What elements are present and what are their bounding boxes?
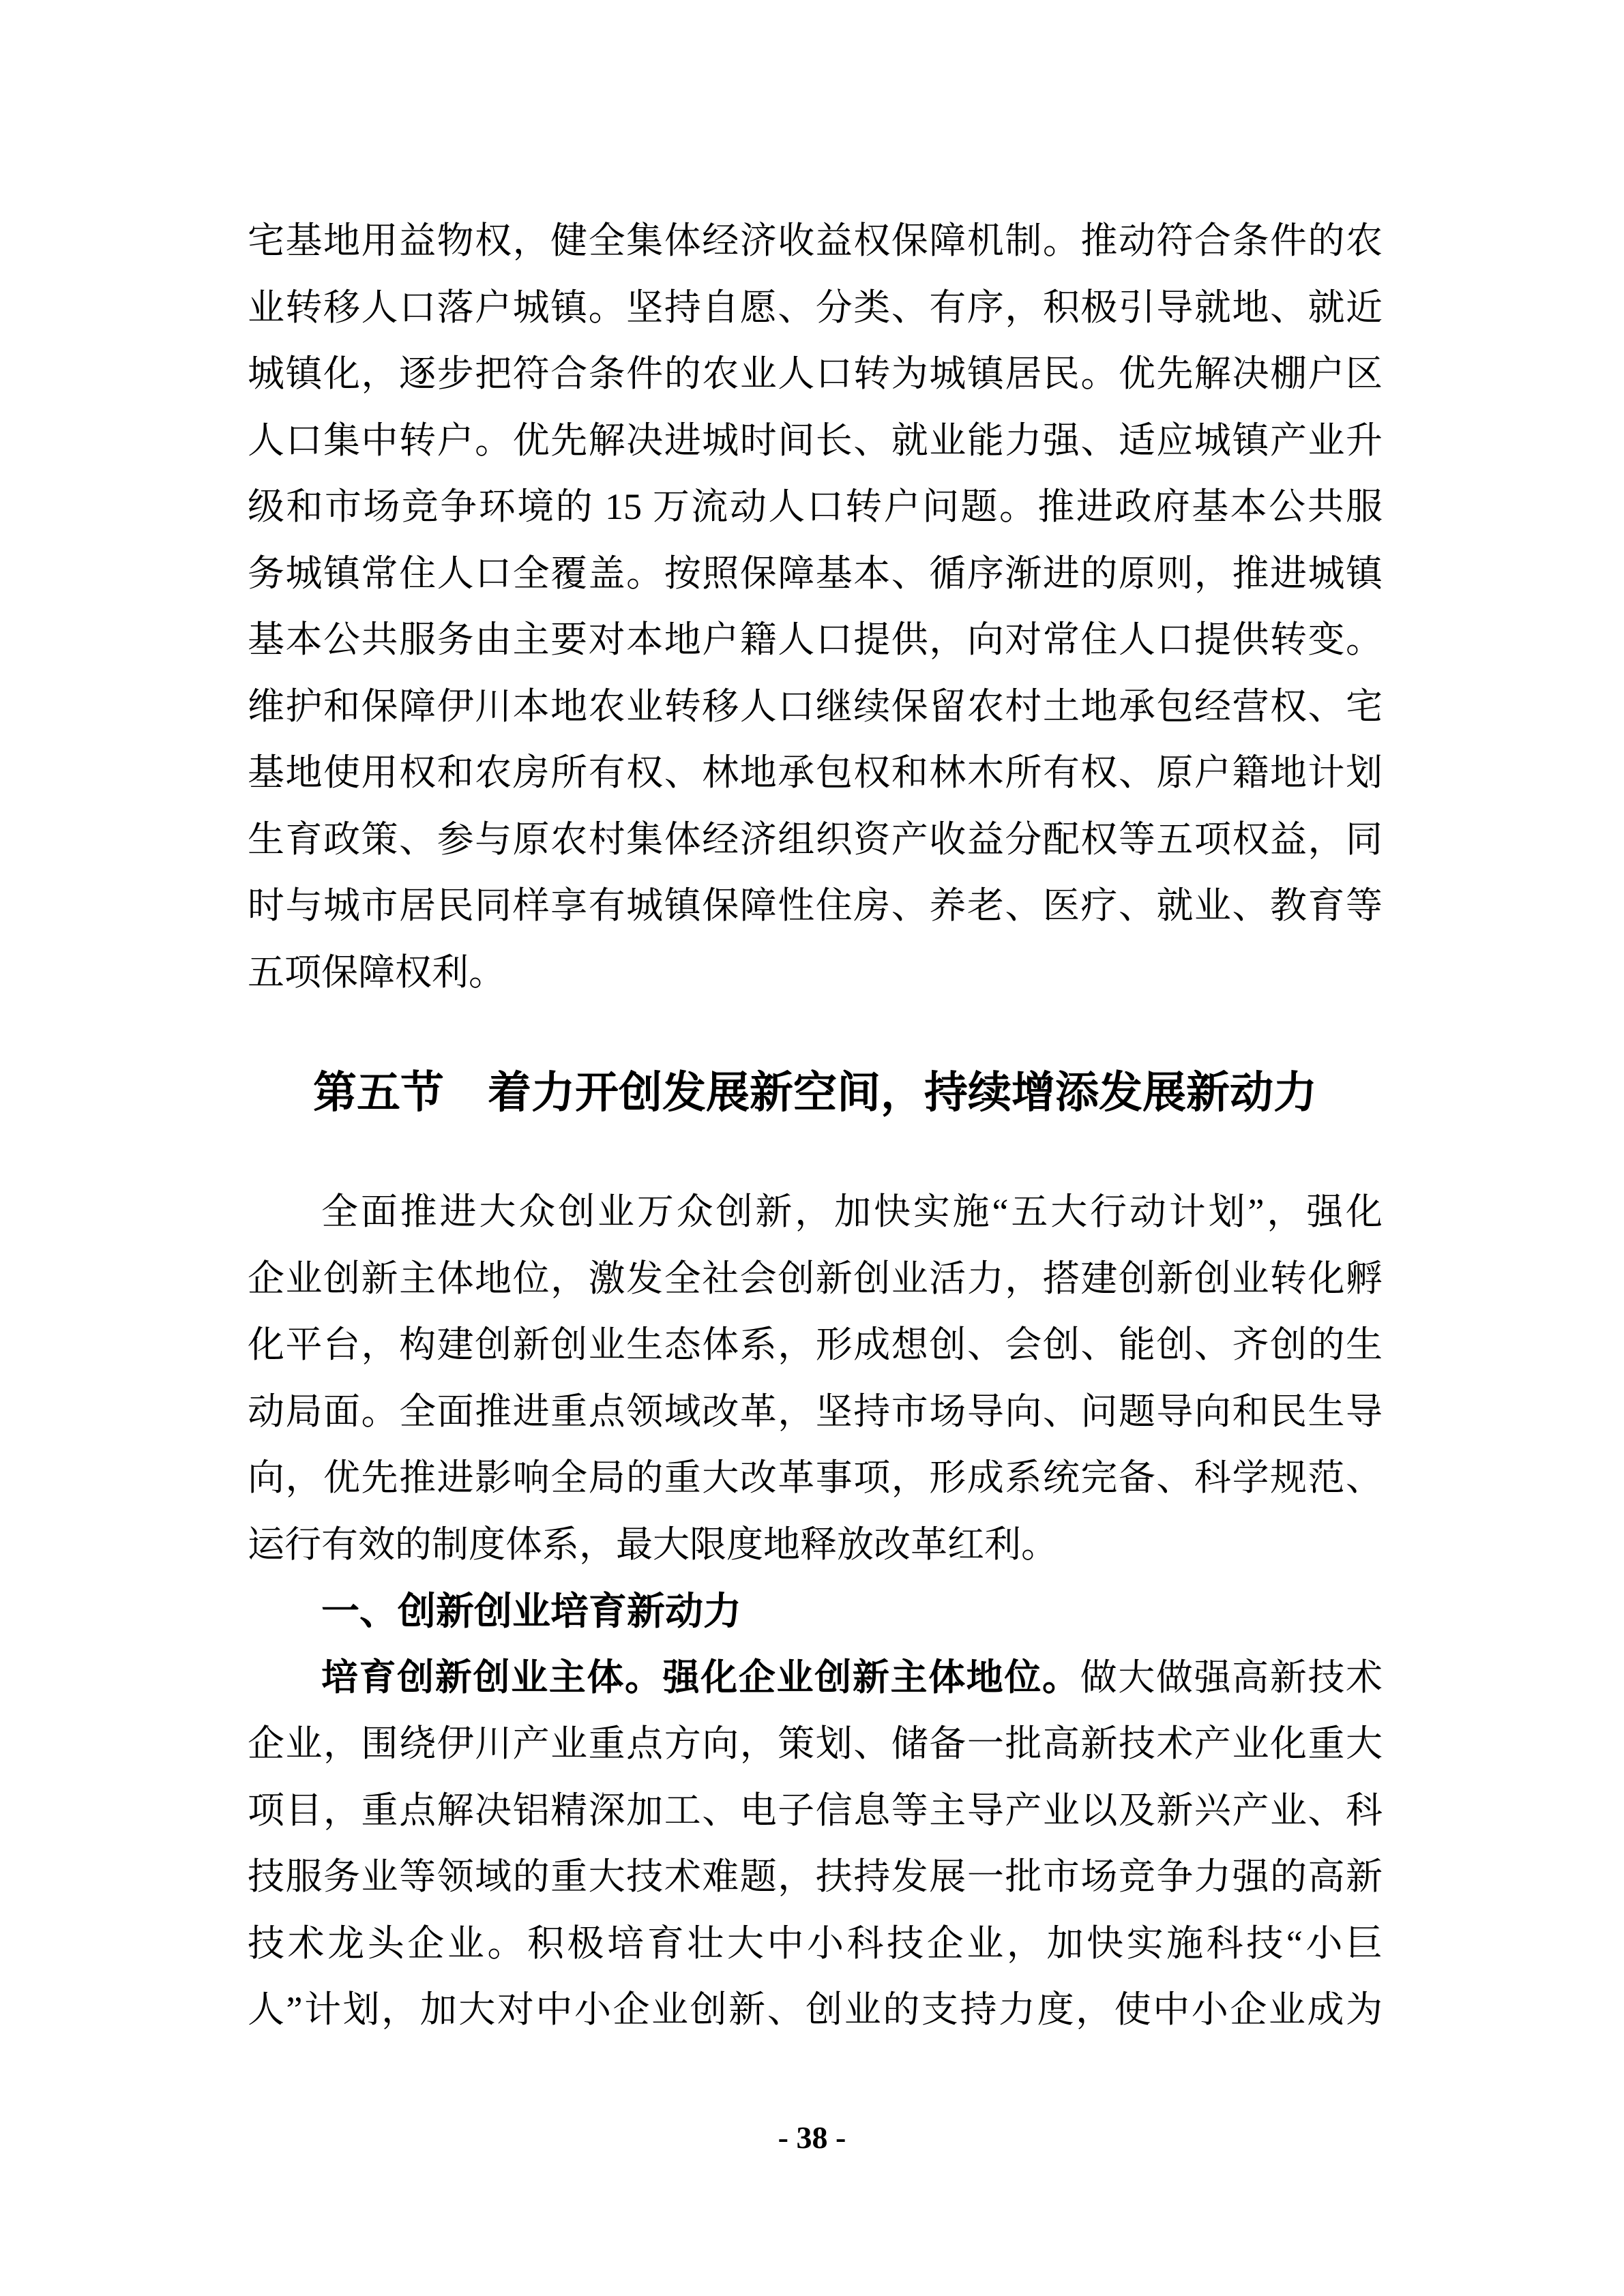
body-line: 基地使用权和农房所有权、林地承包权和林木所有权、原户籍地计划	[248, 740, 1383, 807]
paragraph: 全面推进大众创业万众创新，加快实施“五大行动计划”，强化 企业创新主体地位，激发…	[248, 1179, 1383, 1578]
body-line: 全面推进大众创业万众创新，加快实施“五大行动计划”，强化	[248, 1179, 1383, 1246]
section-title: 第五节 着力开创发展新空间，持续增添发展新动力	[248, 1006, 1383, 1179]
lead-emphasis-kai: 培育创新创业主体。	[321, 1657, 663, 1698]
body-line: 五项保障权利。	[248, 940, 1383, 1007]
page-number: - 38 -	[0, 2117, 1624, 2158]
body-line: 人”计划，加大对中小企业创新、创业的支持力度，使中小企业成为	[248, 1977, 1383, 2044]
body-text: 做大做强高新技术	[1080, 1657, 1383, 1698]
body-line: 基本公共服务由主要对本地户籍人口提供，向对常住人口提供转变。	[248, 607, 1383, 674]
body-line: 动局面。全面推进重点领域改革，坚持市场导向、问题导向和民生导	[248, 1379, 1383, 1446]
body-line: 化平台，构建创新创业生态体系，形成想创、会创、能创、齐创的生	[248, 1312, 1383, 1379]
paragraph: 培育创新创业主体。强化企业创新主体地位。做大做强高新技术 企业，围绕伊川产业重点…	[248, 1645, 1383, 2044]
body-line: 企业，围绕伊川产业重点方向，策划、储备一批高新技术产业化重大	[248, 1711, 1383, 1778]
body-line: 务城镇常住人口全覆盖。按照保障基本、循序渐进的原则，推进城镇	[248, 541, 1383, 608]
body-line: 维护和保障伊川本地农业转移人口继续保留农村土地承包经营权、宅	[248, 674, 1383, 741]
subsection-title: 一、创新创业培育新动力	[248, 1578, 1383, 1645]
body-line: 时与城市居民同样享有城镇保障性住房、养老、医疗、就业、教育等	[248, 873, 1383, 940]
body-line: 培育创新创业主体。强化企业创新主体地位。做大做强高新技术	[248, 1645, 1383, 1712]
body-line: 宅基地用益物权，健全集体经济收益权保障机制。推动符合条件的农	[248, 208, 1383, 275]
body-line: 技术龙头企业。积极培育壮大中小科技企业，加快实施科技“小巨	[248, 1911, 1383, 1978]
body-line: 运行有效的制度体系，最大限度地释放改革红利。	[248, 1512, 1383, 1579]
body-line: 企业创新主体地位，激发全社会创新创业活力，搭建创新创业转化孵	[248, 1246, 1383, 1313]
body-line: 生育政策、参与原农村集体经济组织资产收益分配权等五项权益，同	[248, 807, 1383, 874]
body-line: 向，优先推进影响全局的重大改革事项，形成系统完备、科学规范、	[248, 1445, 1383, 1512]
body-line: 项目，重点解决铝精深加工、电子信息等主导产业以及新兴产业、科	[248, 1778, 1383, 1845]
body-line: 技服务业等领域的重大技术难题，扶持发展一批市场竞争力强的高新	[248, 1844, 1383, 1911]
lead-emphasis-hei: 强化企业创新主体地位。	[663, 1657, 1080, 1698]
body-line: 人口集中转户。优先解决进城时间长、就业能力强、适应城镇产业升	[248, 408, 1383, 475]
document-page: 宅基地用益物权，健全集体经济收益权保障机制。推动符合条件的农 业转移人口落户城镇…	[0, 0, 1624, 2296]
text-block: 宅基地用益物权，健全集体经济收益权保障机制。推动符合条件的农 业转移人口落户城镇…	[248, 208, 1383, 2044]
body-line: 级和市场竞争环境的 15 万流动人口转户问题。推进政府基本公共服	[248, 474, 1383, 541]
body-line: 业转移人口落户城镇。坚持自愿、分类、有序，积极引导就地、就近	[248, 275, 1383, 342]
paragraph: 宅基地用益物权，健全集体经济收益权保障机制。推动符合条件的农 业转移人口落户城镇…	[248, 208, 1383, 1006]
body-line: 城镇化，逐步把符合条件的农业人口转为城镇居民。优先解决棚户区	[248, 341, 1383, 408]
